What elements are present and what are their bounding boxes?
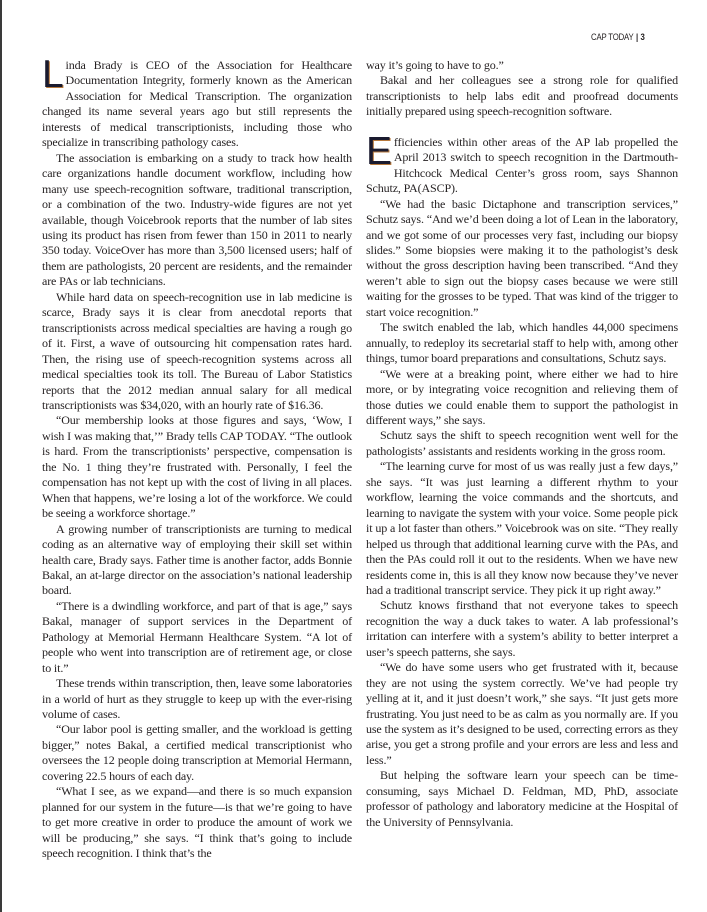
section-opening-paragraph: Efficiencies within other areas of the A… [366, 135, 678, 197]
drop-cap: L [42, 59, 64, 90]
article-paragraph: While hard data on speech-recognition us… [42, 290, 352, 414]
running-head-spacer [366, 28, 678, 58]
article-paragraph: Bakal and her colleagues see a strong ro… [366, 73, 678, 119]
article-paragraph: “We were at a breaking point, where eith… [366, 367, 678, 429]
article-paragraph: “We do have some users who get frustrate… [366, 660, 678, 768]
article-paragraph: Schutz knows firsthand that not everyone… [366, 598, 678, 660]
article-paragraph: Schutz says the shift to speech recognit… [366, 428, 678, 459]
page-edge-rule [0, 0, 2, 912]
article-paragraph: These trends within transcription, then,… [42, 676, 352, 722]
article-column-right: way it’s going to have to go.” Bakal and… [366, 28, 678, 830]
article-paragraph: Linda Brady is CEO of the Association fo… [42, 58, 352, 151]
article-paragraph: “What I see, as we expand—and there is s… [42, 784, 352, 861]
article-paragraph: But helping the software learn your spee… [366, 768, 678, 830]
article-column-left: Linda Brady is CEO of the Association fo… [42, 58, 352, 862]
article-paragraph: A growing number of transcriptionists ar… [42, 522, 352, 599]
article-paragraph: “Our membership looks at those figures a… [42, 413, 352, 521]
article-paragraph: The switch enabled the lab, which handle… [366, 320, 678, 366]
article-paragraph: The association is embarking on a study … [42, 151, 352, 290]
drop-cap: E [366, 136, 392, 167]
article-paragraph-continuation: way it’s going to have to go.” [366, 58, 678, 73]
article-paragraph: “Our labor pool is getting smaller, and … [42, 722, 352, 784]
article-paragraph: “We had the basic Dictaphone and transcr… [366, 197, 678, 321]
article-paragraph: “The learning curve for most of us was r… [366, 459, 678, 598]
article-paragraph: “There is a dwindling workforce, and par… [42, 599, 352, 676]
